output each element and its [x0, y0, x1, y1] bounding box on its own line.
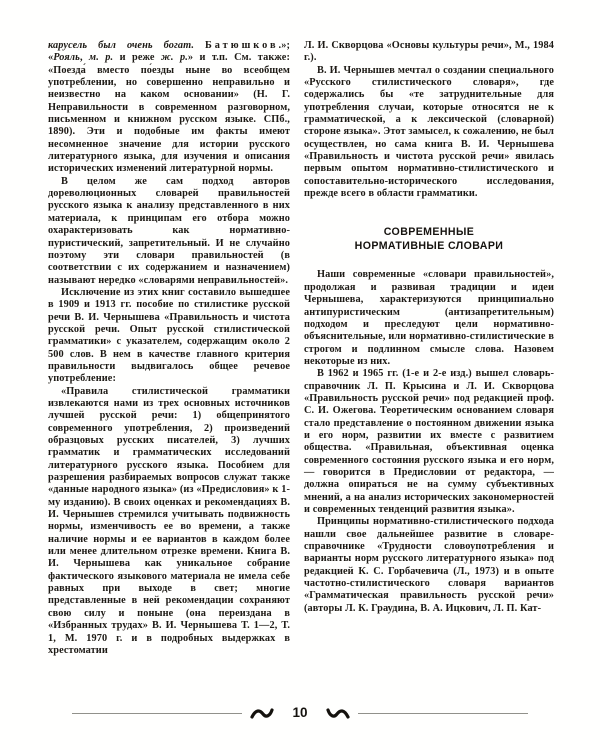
- squiggle-icon: [326, 707, 350, 720]
- text-run: по́езды: [141, 65, 174, 76]
- page-footer: 10: [0, 702, 600, 724]
- text-run: В. И. Чернышев мечтал о создании специал…: [304, 65, 554, 199]
- text-run: Принципы нормативно-стилистического подх…: [304, 516, 554, 613]
- text-run: Рояль: [53, 52, 80, 63]
- page-number: 10: [292, 706, 307, 720]
- paragraph: «Правила стилистической грамматики извле…: [48, 386, 290, 658]
- paragraph: В 1962 и 1965 гг. (1-е и 2-е изд.) вышел…: [304, 368, 554, 516]
- text-run: В 1962 и 1965 гг. (1-е и 2-е изд.) вышел…: [304, 368, 554, 515]
- footer-rule-left: [72, 713, 242, 714]
- text-columns: карусель был очень богат. Батюшков.»; «Р…: [48, 40, 554, 657]
- section-heading-line: СОВРЕМЕННЫЕ: [304, 226, 554, 240]
- footer-rule-right: [358, 713, 528, 714]
- text-run: карусель был очень богат.: [48, 40, 205, 51]
- paragraph: Принципы нормативно-стилистического подх…: [304, 516, 554, 615]
- text-run: Поезда́: [53, 65, 86, 76]
- text-run: Батюшков: [205, 40, 279, 51]
- text-run: «Правила стилистической грамматики извле…: [48, 386, 290, 656]
- paragraph: Наши современные «словари правильностей»…: [304, 269, 554, 368]
- text-run: м. р.: [89, 52, 113, 63]
- text-run: Л. И. Скворцова «Основы культуры речи», …: [304, 40, 554, 63]
- squiggle-icon: [250, 707, 274, 720]
- text-run: и реже: [113, 52, 161, 63]
- text-run: вместо: [86, 65, 141, 76]
- left-column: карусель был очень богат. Батюшков.»; «Р…: [48, 40, 290, 657]
- paragraph: Исключение из этих книг составило вышедш…: [48, 287, 290, 386]
- text-run: ныне во всеобщем употреблении, но соверш…: [48, 65, 290, 175]
- text-run: Наши современные «словари правильностей»…: [304, 269, 554, 366]
- scan-page: карусель был очень богат. Батюшков.»; «Р…: [0, 0, 600, 750]
- text-run: ,: [80, 52, 89, 63]
- right-column: Л. И. Скворцова «Основы культуры речи», …: [304, 40, 554, 657]
- section-heading-line: НОРМАТИВНЫЕ СЛОВАРИ: [304, 240, 554, 254]
- paragraph: В целом же сам подход авторов дореволюци…: [48, 176, 290, 287]
- paragraph: карусель был очень богат. Батюшков.»; «Р…: [48, 40, 290, 176]
- text-run: В целом же сам подход авторов дореволюци…: [48, 176, 290, 286]
- paragraph: В. И. Чернышев мечтал о создании специал…: [304, 65, 554, 201]
- text-run: Исключение из этих книг составило вышедш…: [48, 287, 290, 384]
- section-heading: СОВРЕМЕННЫЕНОРМАТИВНЫЕ СЛОВАРИ: [304, 226, 554, 253]
- text-run: ж. р.: [161, 52, 188, 63]
- paragraph: Л. И. Скворцова «Основы культуры речи», …: [304, 40, 554, 65]
